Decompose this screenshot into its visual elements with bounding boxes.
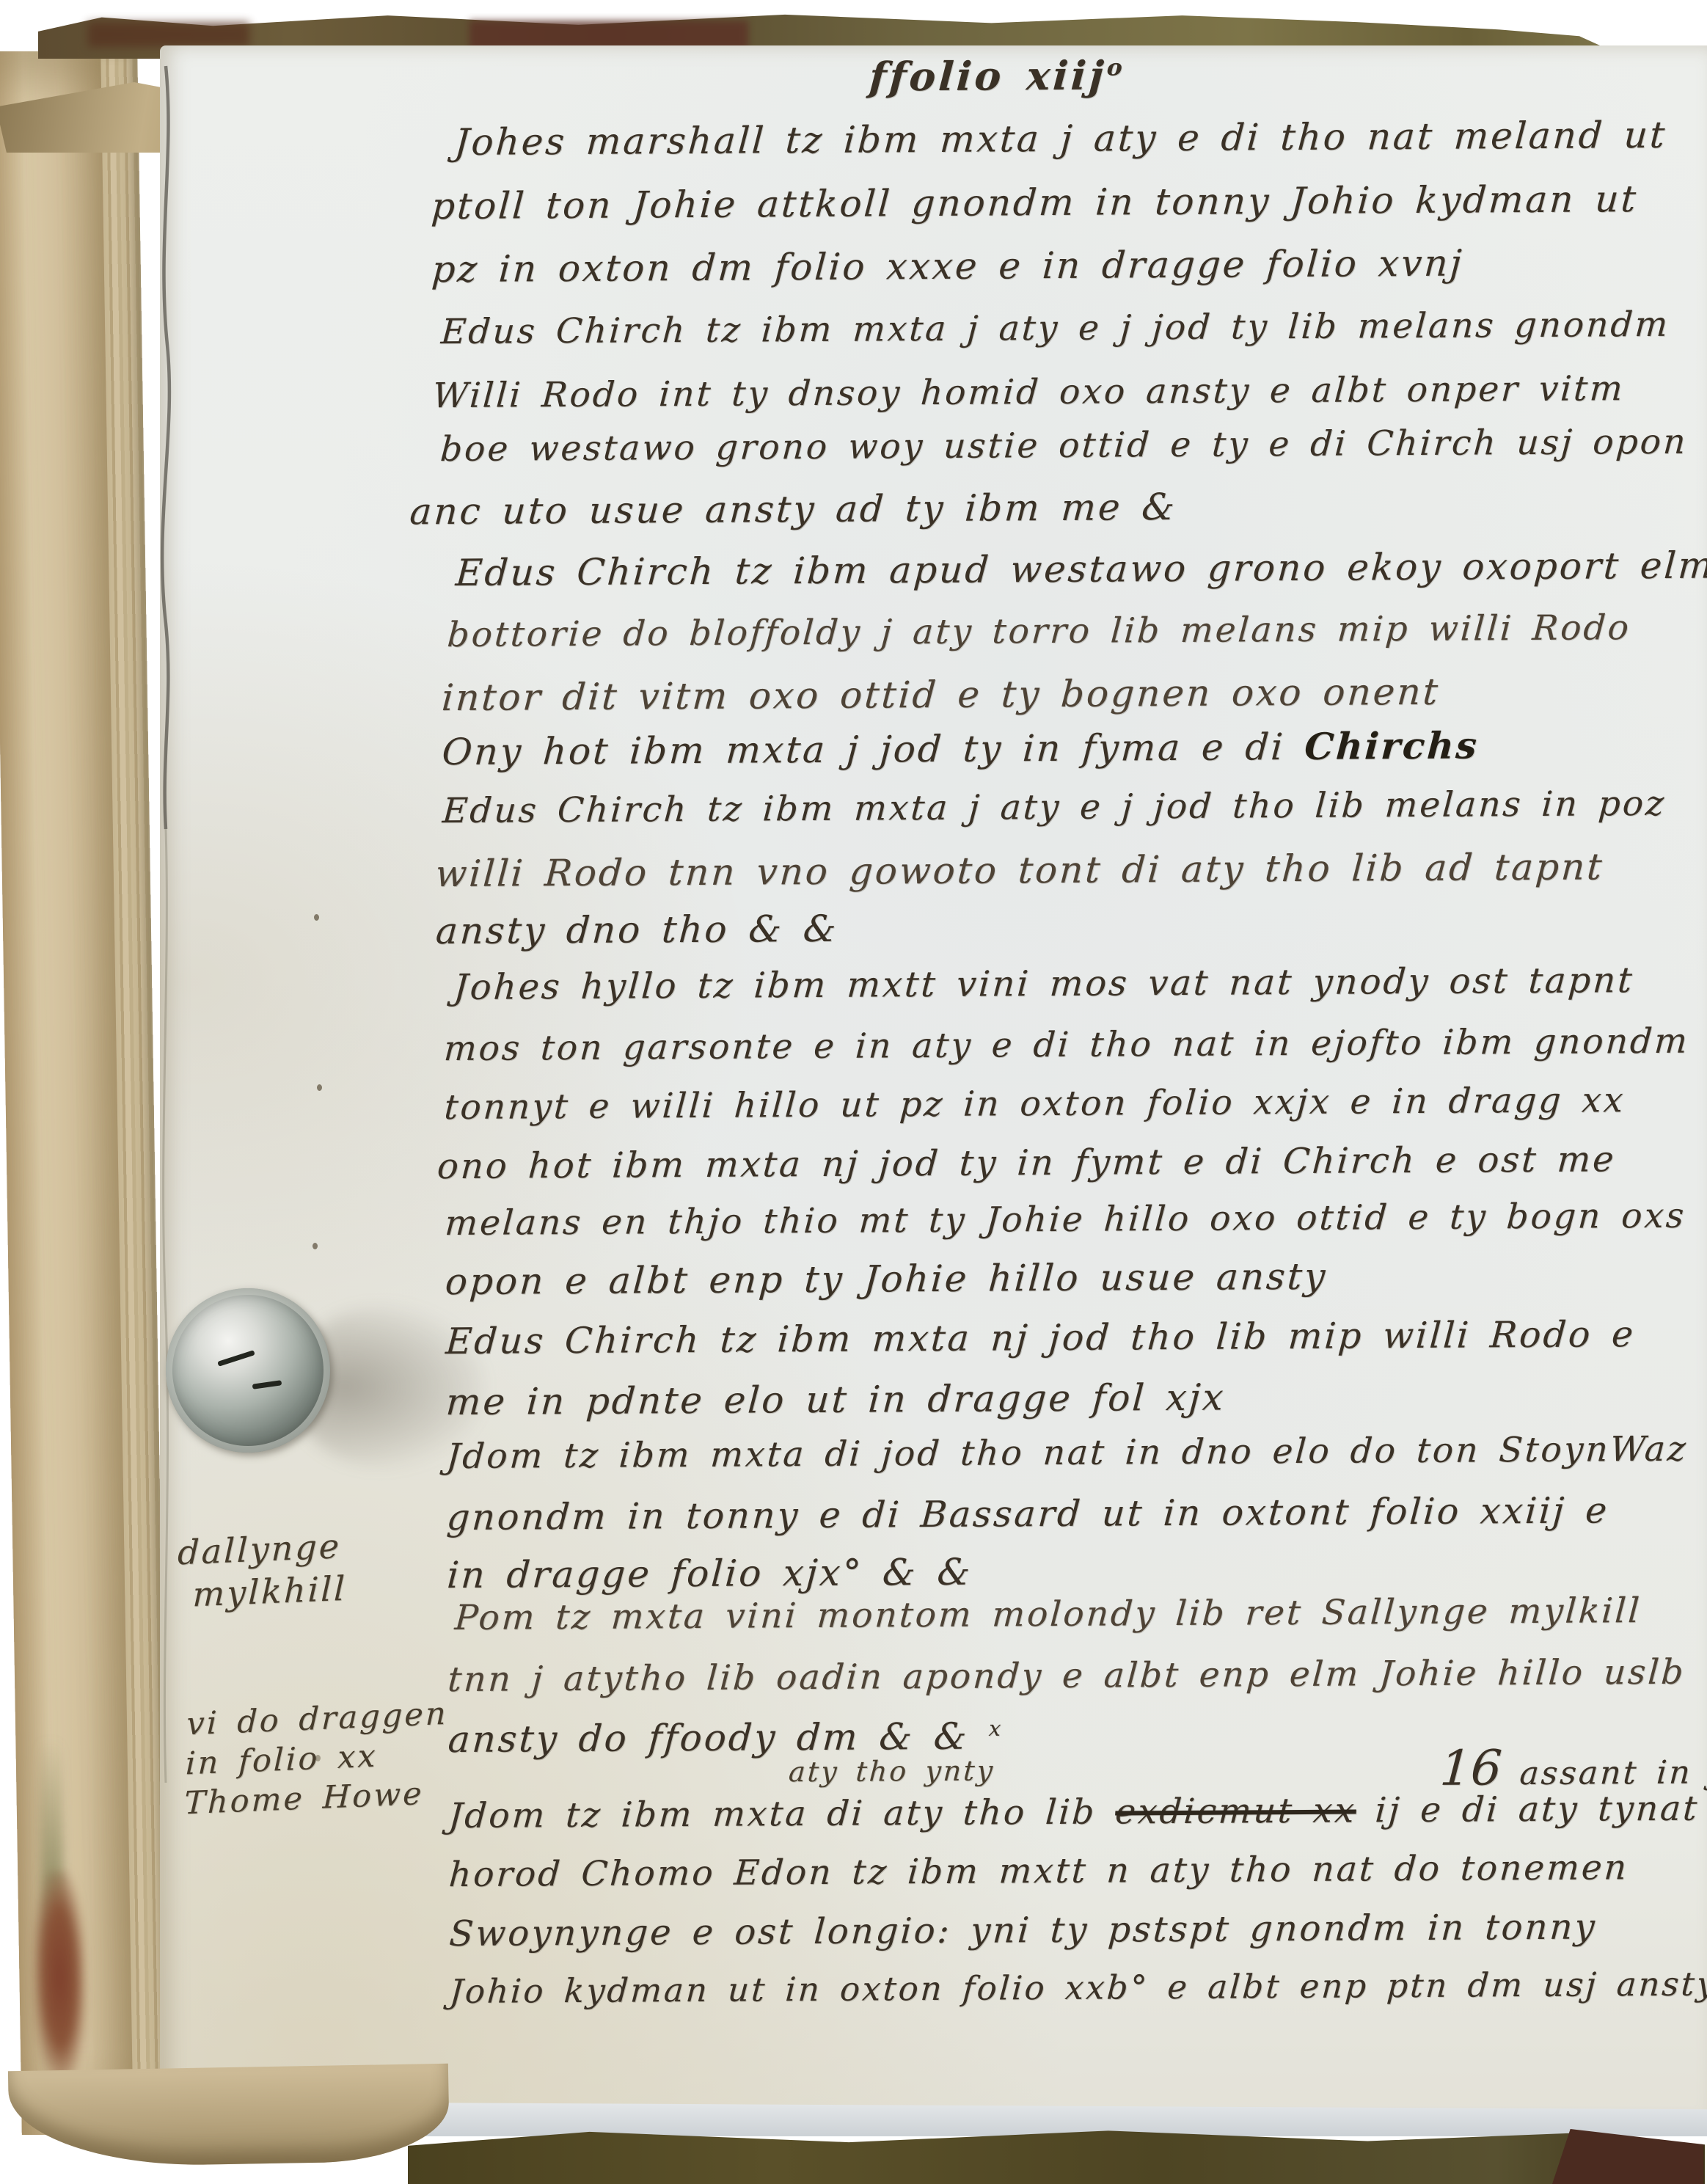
manuscript-line: tnn j atytho lib oadin apondy e albt enp… — [447, 1652, 1687, 1700]
manuscript-line: ansty dno tho & & — [434, 907, 839, 952]
manuscript-text: tnn j atytho lib oadin apondy e albt enp… — [447, 1652, 1687, 1700]
manuscript-line: Willi Rodo int ty dnsoy homid oxo ansty … — [431, 368, 1626, 416]
manuscript-line: ono hot ibm mxta nj jod ty in fymt e di … — [436, 1139, 1617, 1187]
interlinear-insertion: aty tho ynty — [788, 1755, 996, 1789]
manuscript-line: Johes hyllo tz ibm mxtt vini mos vat nat… — [453, 960, 1635, 1008]
manuscript-text: Jdom tz ibm mxta di aty tho lib — [447, 1792, 1116, 1837]
margin-note-line: dallynge — [177, 1525, 348, 1574]
manuscript-text: willi Rodo tnn vno gowoto tont di aty th… — [434, 845, 1605, 895]
manuscript-line: Pom tz mxta vini montom molondy lib ret … — [453, 1590, 1642, 1638]
marginal-mark-text: assant in j pee — [1518, 1753, 1707, 1792]
manuscript-text: Johes hyllo tz ibm mxtt vini mos vat nat… — [453, 960, 1635, 1008]
manuscript-line: mos ton garsonte e in aty e di tho nat i… — [442, 1020, 1707, 1069]
manuscript-text: opon e albt enp ty Johie hillo usue anst… — [444, 1255, 1328, 1303]
manuscript-line: Ony hot ibm mxta j jod ty in fyma e di C… — [441, 723, 1480, 773]
manuscript-text: horod Chomo Edon tz ibm mxtt n aty tho n… — [447, 1847, 1629, 1895]
manuscript-line: in dragge folio xjx° & & — [446, 1551, 973, 1596]
margin-note-dragge: vi do draggen in folio xx Thome Howe — [184, 1695, 449, 1824]
manuscript-text: Edus Chirch tz ibm mxta nj jod tho lib m… — [445, 1313, 1637, 1362]
manuscript-line: intor dit vitm oxo ottid e ty bognen oxo… — [440, 671, 1441, 719]
manuscript-text: Chirchs — [1304, 723, 1480, 767]
manuscript-line: opon e albt enp ty Johie hillo usue anst… — [444, 1255, 1328, 1303]
manuscript-text: Edus Chirch tz ibm apud westawo grono ek… — [454, 544, 1707, 595]
manuscript-text: pz in oxton dm folio xxxe e in dragge fo… — [431, 242, 1465, 291]
manuscript-line: Jdom tz ibm mxta di jod tho nat in dno e… — [445, 1429, 1689, 1477]
manuscript-text: gnondm in tonny e di Bassard ut in oxton… — [445, 1489, 1610, 1538]
margin-note-mylkhill: dallynge mylkhill — [176, 1525, 349, 1616]
manuscript-line: me in pdnte elo ut in dragge fol xjx — [445, 1376, 1227, 1424]
manuscript-text: Ony hot ibm mxta j jod ty in fyma e di — [441, 726, 1306, 773]
manuscript-text: Johes marshall tz ibm mxta j aty e di th… — [453, 114, 1668, 164]
manuscript-text: ansty dno tho & & — [434, 907, 839, 952]
manuscript-text: boe westawo grono woy ustie ottid e ty e… — [439, 422, 1689, 470]
manuscript-text: Edus Chirch tz ibm mxta j aty e j jod ty… — [439, 304, 1670, 352]
manuscript-text: ansty do ffoody dm & & — [447, 1715, 990, 1761]
manuscript-line: ansty do ffoody dm & & x — [447, 1714, 1002, 1761]
manuscript-line: Jdom tz ibm mxta di aty tho lib exdicmut… — [447, 1789, 1700, 1836]
manuscript-line: ptoll ton Johie attkoll gnondm in tonny … — [430, 178, 1639, 227]
photo-background: ffolio xiijo dallynge mylkhill vi do dra… — [0, 0, 1707, 2184]
manuscript-text: Swoynynge e ost longio: yni ty pstspt gn… — [448, 1907, 1598, 1955]
text-layer: ffolio xiijo dallynge mylkhill vi do dra… — [0, 0, 1707, 2184]
margin-note-line: mylkhill — [176, 1567, 348, 1616]
folio-heading-superscript: o — [1106, 54, 1124, 81]
manuscript-text: Willi Rodo int ty dnsoy homid oxo ansty … — [431, 368, 1626, 416]
manuscript-line: willi Rodo tnn vno gowoto tont di aty th… — [434, 845, 1605, 895]
struck-text: exdicmut xx — [1114, 1791, 1358, 1833]
manuscript-line: bottorie do bloffoldy j aty torro lib me… — [446, 607, 1632, 655]
manuscript-text: x — [988, 1716, 1003, 1741]
manuscript-text: bottorie do bloffoldy j aty torro lib me… — [446, 607, 1632, 655]
manuscript-line: Johio kydman ut in oxton folio xxb° e al… — [448, 1965, 1707, 2012]
marginal-mark: 16 assant in j pee — [1439, 1738, 1707, 1797]
manuscript-text: Johio kydman ut in oxton folio xxb° e al… — [448, 1965, 1707, 2012]
manuscript-text: ono hot ibm mxta nj jod ty in fymt e di … — [436, 1139, 1617, 1187]
manuscript-line: Edus Chirch tz ibm apud westawo grono ek… — [454, 544, 1707, 595]
manuscript-text: me in pdnte elo ut in dragge fol xjx — [445, 1376, 1227, 1424]
manuscript-text: Pom tz mxta vini montom molondy lib ret … — [453, 1590, 1642, 1638]
manuscript-text: in dragge folio xjx° & & — [446, 1551, 973, 1596]
manuscript-line: Edus Chirch tz ibm mxta j aty e j jod ty… — [439, 304, 1670, 352]
manuscript-line: tonnyt e willi hillo ut pz in oxton foli… — [443, 1080, 1626, 1128]
folio-heading-text: ffolio xiij — [868, 52, 1108, 101]
manuscript-line: boe westawo grono woy ustie ottid e ty e… — [439, 422, 1689, 470]
manuscript-text: intor dit vitm oxo ottid e ty bognen oxo… — [440, 671, 1441, 719]
manuscript-text: mos ton garsonte e in aty e di tho nat i… — [442, 1020, 1707, 1069]
manuscript-line: melans en thjo thio mt ty Johie hillo ox… — [444, 1196, 1687, 1243]
manuscript-text: tonnyt e willi hillo ut pz in oxton foli… — [443, 1080, 1626, 1128]
manuscript-line: horod Chomo Edon tz ibm mxtt n aty tho n… — [447, 1847, 1629, 1895]
manuscript-line: Edus Chirch tz ibm mxta j aty e j jod th… — [441, 784, 1667, 831]
manuscript-line: Swoynynge e ost longio: yni ty pstspt gn… — [448, 1907, 1598, 1955]
manuscript-text: Edus Chirch tz ibm mxta j aty e j jod th… — [441, 784, 1667, 831]
manuscript-text: ij e di aty tynat — [1355, 1789, 1700, 1831]
manuscript-line: pz in oxton dm folio xxxe e in dragge fo… — [431, 242, 1465, 291]
manuscript-text: Jdom tz ibm mxta di jod tho nat in dno e… — [445, 1429, 1689, 1477]
manuscript-line: Edus Chirch tz ibm mxta nj jod tho lib m… — [445, 1313, 1637, 1362]
manuscript-text: anc uto usue ansty ad ty ibm me & — [409, 486, 1178, 533]
folio-heading: ffolio xiijo — [868, 51, 1124, 100]
manuscript-line: gnondm in tonny e di Bassard ut in oxton… — [445, 1489, 1610, 1538]
manuscript-line: anc uto usue ansty ad ty ibm me & — [409, 486, 1178, 533]
marginal-mark-number: 16 — [1439, 1739, 1504, 1797]
manuscript-text: melans en thjo thio mt ty Johie hillo ox… — [444, 1196, 1687, 1243]
manuscript-text: ptoll ton Johie attkoll gnondm in tonny … — [430, 178, 1639, 227]
manuscript-line: Johes marshall tz ibm mxta j aty e di th… — [453, 114, 1668, 164]
